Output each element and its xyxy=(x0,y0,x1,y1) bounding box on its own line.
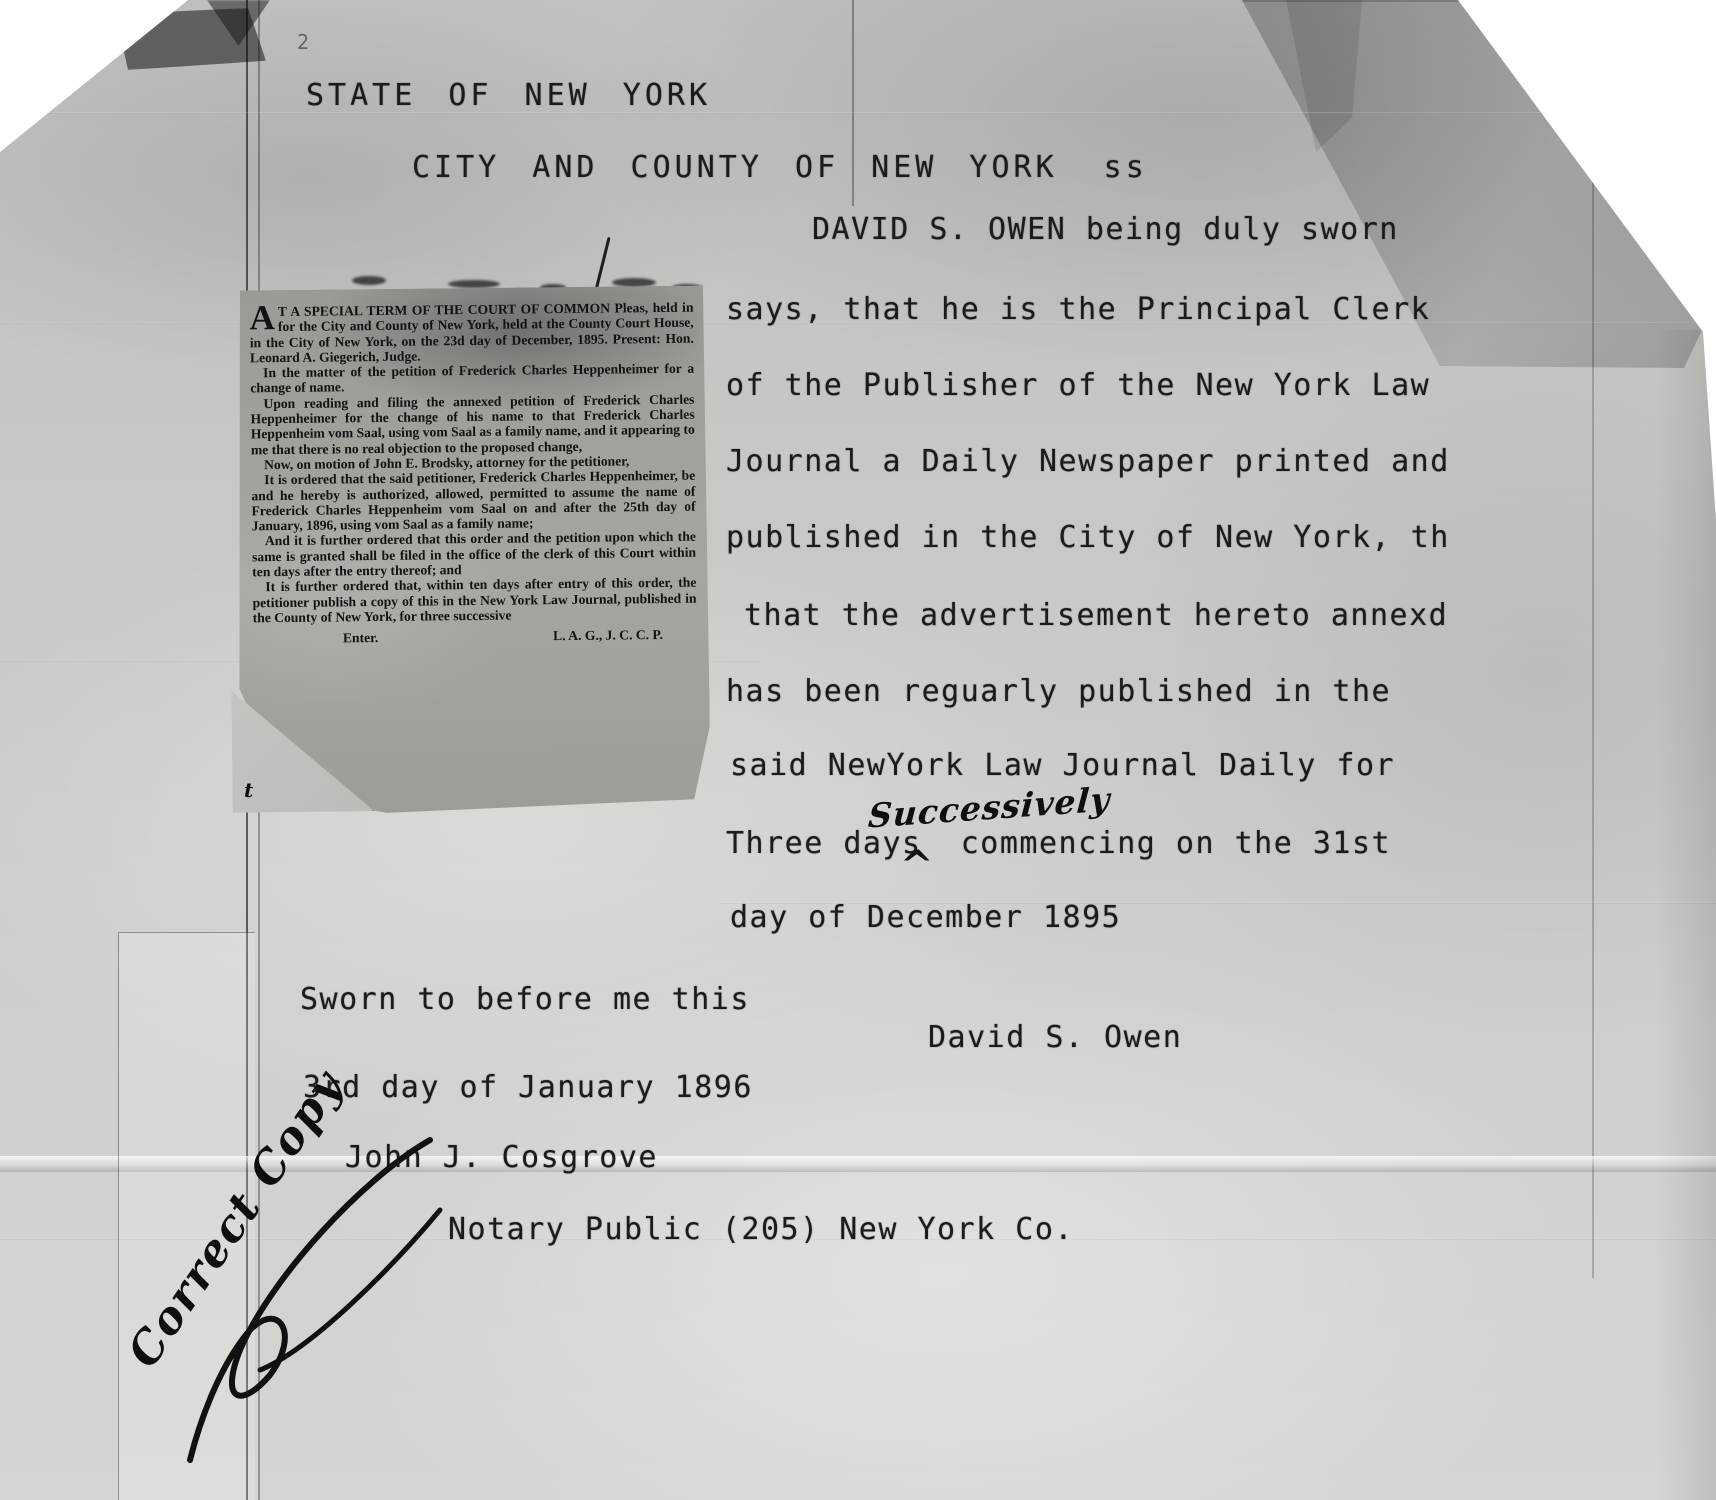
stray-pencil-mark: 2 xyxy=(297,30,309,54)
judge-initials: L. A. G., J. C. C. P. xyxy=(553,627,663,643)
newspaper-clipping-court-order: AT A SPECIAL TERM OF THE COURT OF COMMON… xyxy=(235,286,710,815)
photograph-of-affidavit: STATE OF NEW YORK CITY AND COUNTY OF NEW… xyxy=(0,0,1716,1500)
clipping-text: T A SPECIAL TERM OF THE COURT OF COMMON … xyxy=(250,300,694,366)
affidavit-paper: STATE OF NEW YORK CITY AND COUNTY OF NEW… xyxy=(0,0,1716,1500)
affidavit-line: has been reguarly published in the xyxy=(726,674,1391,709)
right-edge-shading xyxy=(1656,330,1716,1500)
insertion-caret: ^ xyxy=(900,842,934,889)
clipping-paragraph: Upon reading and filing the annexed peti… xyxy=(250,391,695,457)
clipping-fold-mark: t xyxy=(244,778,253,802)
affidavit-line: day of December 1895 xyxy=(730,900,1121,935)
ss-abbreviation: ss xyxy=(1104,150,1148,185)
clipping-paragraph: It is further ordered that, within ten d… xyxy=(252,575,696,626)
affidavit-line: said NewYork Law Journal Daily for xyxy=(730,748,1395,783)
county-heading-row: CITY AND COUNTY OF NEW YORK ss xyxy=(412,150,1148,185)
clipping-paragraph: It is ordered that the said petitioner, … xyxy=(251,468,696,534)
attestation-date-line: 3rd day of January 1896 xyxy=(303,1070,753,1105)
state-heading: STATE OF NEW YORK xyxy=(306,78,711,113)
right-margin-rule xyxy=(1592,118,1594,1278)
deponent-signature: David S. Owen xyxy=(928,1020,1182,1055)
affidavit-line: DAVID S. OWEN being duly sworn xyxy=(812,212,1399,247)
ink-smudge xyxy=(448,280,500,288)
affidavit-line: that the advertisement hereto annexd xyxy=(744,598,1448,633)
affidavit-line: published in the City of New York, th xyxy=(726,520,1450,555)
ink-smudge xyxy=(352,276,386,285)
clipping-paragraph: In the matter of the petition of Frederi… xyxy=(250,361,694,396)
affidavit-line: Journal a Daily Newspaper printed and xyxy=(726,444,1450,479)
enter-label: Enter. xyxy=(343,630,379,646)
clipping-paragraph: AT A SPECIAL TERM OF THE COURT OF COMMON… xyxy=(249,300,694,366)
clipping-paragraph: And it is further ordered that this orde… xyxy=(252,529,696,580)
affidavit-line: says, that he is the Principal Clerk xyxy=(726,292,1430,327)
notary-name: John J. Cosgrove xyxy=(345,1140,658,1175)
sworn-before-me-line: Sworn to before me this xyxy=(300,982,750,1017)
crease-line xyxy=(0,112,1716,114)
ink-smudge xyxy=(612,278,656,287)
drop-cap: A xyxy=(249,304,278,332)
affidavit-line: Three days commencing on the 31st xyxy=(726,826,1391,861)
affidavit-line: of the Publisher of the New York Law xyxy=(726,368,1430,403)
county-heading: CITY AND COUNTY OF NEW YORK xyxy=(412,150,1058,185)
notary-title: Notary Public (205) New York Co. xyxy=(448,1212,1074,1247)
